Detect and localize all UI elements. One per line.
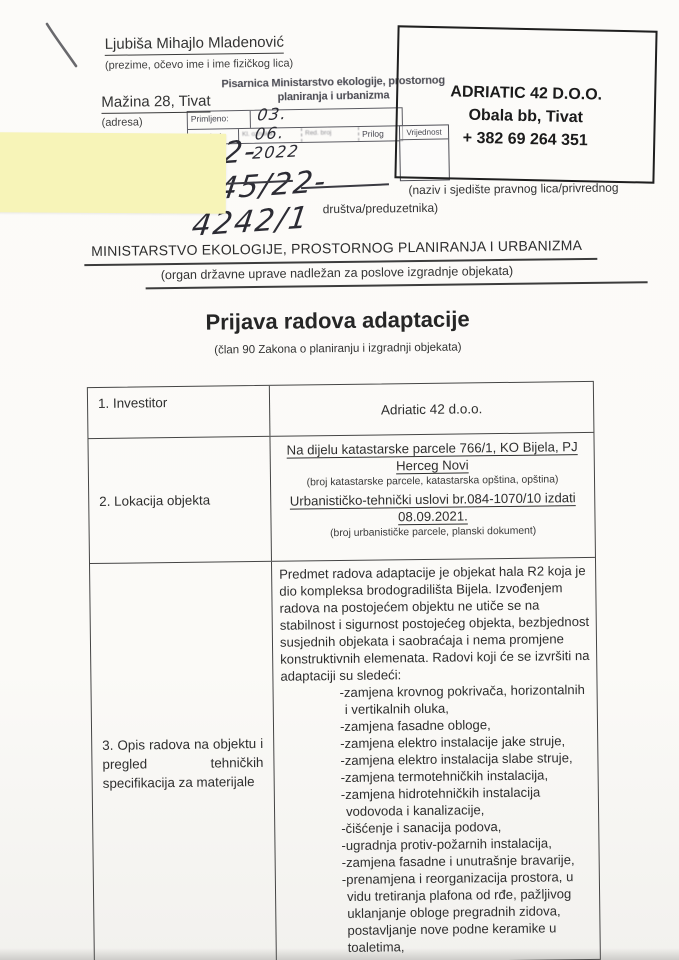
row3-label: 3. Opis radova na objektu i pregled tehn… <box>90 562 277 960</box>
ministry-rule-bottom <box>146 281 648 289</box>
ministry-title: MINISTARSTVO EKOLOGIJE, PROSTORNOG PLANI… <box>0 236 676 260</box>
applicant-name: Ljubiša Mihajlo Mladenović <box>105 34 284 56</box>
form-subtitle: (član 90 Zakona o planiranju i izgradnji… <box>0 339 677 359</box>
works-intro: Predmet radova adaptacije je objekat hal… <box>279 562 590 685</box>
company-caption-line2: društva/preduzetnika) <box>323 201 439 216</box>
form-title: Prijava radova adaptacije <box>0 304 677 338</box>
table-row-location: 2. Lokacija objekta Na dijelu katastarsk… <box>88 433 594 564</box>
table-row-works-description: 3. Opis radova na objektu i pregled tehn… <box>90 558 600 960</box>
applicant-address: Mažina 28, Tivat <box>101 93 210 114</box>
works-item: -prenamjena i reorganizacija prostora, u… <box>283 868 594 957</box>
applicant-name-caption: (prezime, očevo ime i ime fizičkog lica) <box>105 58 293 72</box>
scan-edge-shadow <box>0 948 679 960</box>
location-conditions: Urbanističko-tehnički uslovi br.084-1070… <box>278 489 587 527</box>
row2-value: Na dijelu katastarske parcele 766/1, KO … <box>270 433 594 561</box>
company-caption-line1: (naziv i sjedište pravnog lica/privredno… <box>408 181 618 198</box>
document-content: Ljubiša Mihajlo Mladenović (prezime, oče… <box>0 0 679 960</box>
row2-label: 2. Lokacija objekta <box>88 437 272 563</box>
location-parcel: Na dijelu katastarske parcele 766/1, KO … <box>278 438 587 476</box>
row3-value: Predmet radova adaptacije je objekat hal… <box>272 558 600 960</box>
row1-value: Adriatic 42 d.o.o. <box>270 382 594 436</box>
application-table: 1. Investitor Adriatic 42 d.o.o. 2. Loka… <box>87 381 601 960</box>
works-item: -zamjena krovnog pokrivača, horizontalni… <box>280 681 590 719</box>
row3-label-text: 3. Opis radova na objektu i pregled tehn… <box>102 734 264 793</box>
location-conditions-caption: (broj urbanističke parcele, planski doku… <box>279 524 588 542</box>
location-parcel-caption: (broj katastarske parcele, katastarska o… <box>278 473 587 491</box>
row1-label: 1. Investitor <box>88 386 271 438</box>
applicant-address-caption: (adresa) <box>102 116 143 128</box>
table-row-investor: 1. Investitor Adriatic 42 d.o.o. <box>88 382 594 439</box>
works-item: -zamjena hidrotehničkih instalacija vodo… <box>282 783 592 821</box>
